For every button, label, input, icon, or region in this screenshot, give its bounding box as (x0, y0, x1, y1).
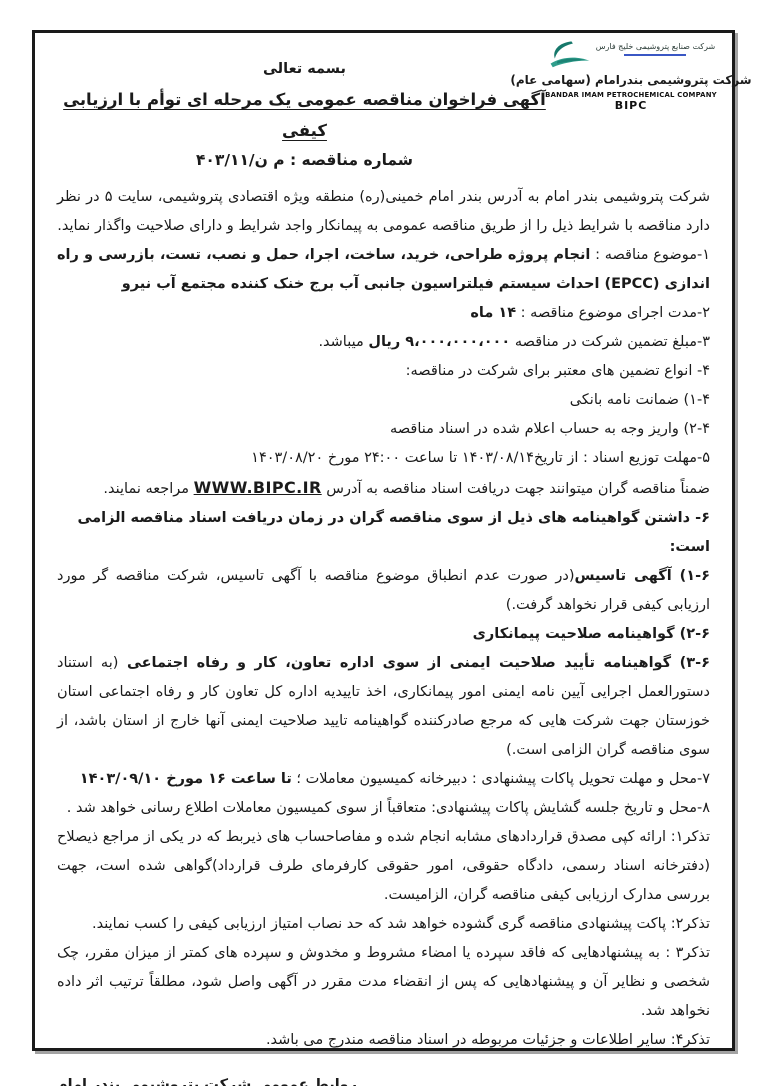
item-4-1-bank-guarantee: ۴‐۱) ضمانت نامه بانکی (57, 386, 710, 415)
intro-paragraph: شرکت پتروشیمی بندر امام به آدرس بندر اما… (57, 183, 710, 241)
website-note-prefix: ضمناً مناقصه گران میتوانند جهت دریافت اس… (322, 481, 710, 497)
item-2-label: ۲-مدت اجرای موضوع مناقصه : (516, 305, 710, 321)
item-6-1-title: ۶‐۱) آگهی تاسیس (575, 568, 710, 584)
item-6-1-establishment-notice: ۶‐۱) آگهی تاسیس(در صورت عدم انطباق موضوع… (57, 562, 710, 620)
document-page: شرکت صنایع پتروشیمی خلیج فارس شرکت پتروش… (0, 0, 768, 1086)
item-6-certificates-header: ۶- داشتن گواهینامه های ذیل از سوی مناقصه… (57, 504, 710, 562)
item-7-deadline: تا ساعت ۱۶ مورخ ۱۴۰۳/۰۹/۱۰ (80, 771, 292, 787)
item-2-value: ۱۴ ماه (470, 305, 516, 321)
logo-top-row: شرکت صنایع پتروشیمی خلیج فارس (547, 39, 715, 71)
item-5-document-distribution: ۵-مهلت توزیع اسناد : از تاریخ۱۴۰۳/۰۸/۱۴ … (57, 444, 710, 473)
company-name-en: BANDAR IMAM PETROCHEMICAL COMPANY (545, 91, 717, 99)
parent-company-calligraphy: شرکت صنایع پتروشیمی خلیج فارس (596, 42, 715, 52)
note-1: تذکر۱: ارائه کپی مصدق قراردادهای مشابه ا… (57, 823, 710, 910)
item-3-guarantee-amount: ۳-مبلغ تضمین شرکت در مناقصه ۹،۰۰۰،۰۰۰،۰۰… (57, 328, 710, 357)
item-7-submission-deadline: ۷-محل و مهلت تحویل پاکات پیشنهادی : دبیر… (57, 765, 710, 794)
page-title: آگهی فراخوان مناقصه عمومی یک مرحله ای تو… (57, 84, 552, 146)
item-3-suffix: میباشد. (318, 334, 368, 350)
company-abbr: BIPC (615, 99, 648, 112)
logo-top-text: شرکت صنایع پتروشیمی خلیج فارس (596, 39, 715, 57)
item-3-label: ۳-مبلغ تضمین شرکت در مناقصه (510, 334, 710, 350)
item-4-guarantee-types: ۴- انواع تضمین های معتبر برای شرکت در من… (57, 357, 710, 386)
note-4: تذکر۴: سایر اطلاعات و جزئیات مربوطه در ا… (57, 1026, 710, 1055)
item-7-label: ۷-محل و مهلت تحویل پاکات پیشنهادی : دبیر… (292, 771, 710, 787)
note-2: تذکر۲: پاکت پیشنهادی مناقصه گری گشوده خو… (57, 910, 710, 939)
item-6-2-contractor-certificate: ۶‐۲) گواهینامه صلاحیت پیمانکاری (57, 620, 710, 649)
website-note-suffix: مراجعه نمایند. (103, 481, 193, 497)
company-logo: شرکت صنایع پتروشیمی خلیج فارس شرکت پتروش… (552, 33, 710, 112)
website-link[interactable]: WWW.BIPC.IR (194, 478, 322, 497)
item-6-3-safety-certificate: ۶‐۳) گواهینامه تأیید صلاحیت ایمنی از سوی… (57, 649, 710, 765)
item-1-subject: ۱-موضوع مناقصه : انجام پروژه طراحی، خرید… (57, 241, 710, 299)
document-body: شرکت پتروشیمی بندر امام به آدرس بندر اما… (57, 183, 710, 1055)
website-note: ضمناً مناقصه گران میتوانند جهت دریافت اس… (57, 473, 710, 504)
bismillah-text: بسمه تعالی (57, 55, 552, 84)
currency-unit: ریال (368, 334, 405, 350)
item-2-duration: ۲-مدت اجرای موضوع مناقصه : ۱۴ ماه (57, 299, 710, 328)
page-border: شرکت صنایع پتروشیمی خلیج فارس شرکت پتروش… (32, 30, 735, 1051)
logo-swoosh-icon (547, 39, 593, 71)
document-header: شرکت صنایع پتروشیمی خلیج فارس شرکت پتروش… (57, 33, 710, 175)
tender-number: شماره مناقصه : م ن/۴۰۳/۱۱ (57, 146, 552, 175)
title-block: بسمه تعالی آگهی فراخوان مناقصه عمومی یک … (57, 33, 552, 175)
note-3: تذکر۳ : به پیشنهادهایی که فاقد سپرده یا … (57, 939, 710, 1026)
item-4-2-deposit: ۴‐۲) واریز وجه به حساب اعلام شده در اسنا… (57, 415, 710, 444)
guarantee-amount-value: ۹،۰۰۰،۰۰۰،۰۰۰ (405, 334, 510, 350)
signature: روابط عمومی شرکت پتروشیمی بندر امام (57, 1077, 710, 1086)
item-8-opening-session: ۸-محل و تاریخ جلسه گشایش پاکات پیشنهادی:… (57, 794, 710, 823)
item-1-label: ۱-موضوع مناقصه : (590, 247, 710, 263)
item-6-3-title: ۶‐۳) گواهینامه تأیید صلاحیت ایمنی از سوی… (118, 655, 710, 671)
logo-divider (624, 54, 686, 56)
